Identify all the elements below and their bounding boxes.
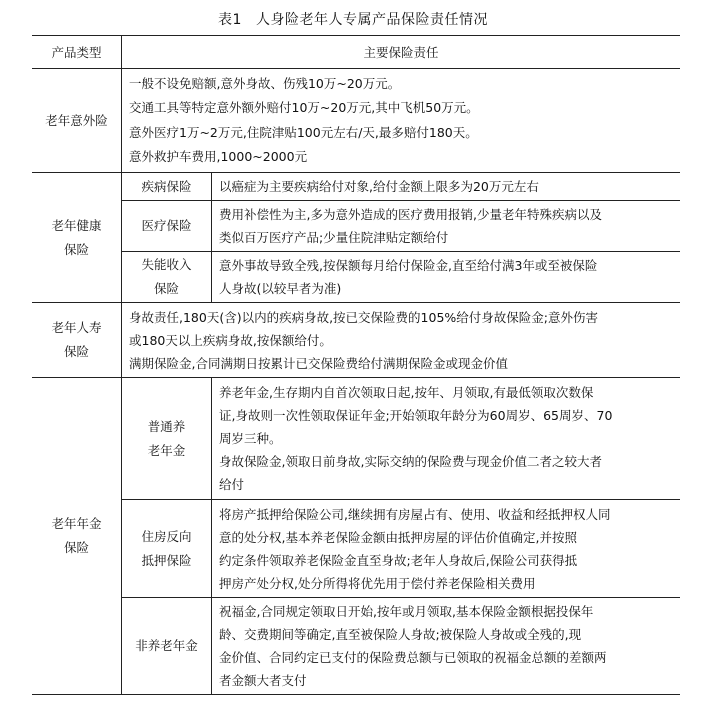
subcategory-cell: 住房反向 抵押保险: [122, 500, 212, 598]
description-cell: 意外事故导致全残,按保额每月给付保险金,直至给付满3年或至被保险 人身故(以较早…: [212, 252, 681, 303]
description-line: 费用补偿性为主,多为意外造成的医疗费用报销,少量老年特殊疾病以及: [219, 203, 674, 226]
description-line: 以癌症为主要疾病给付对象,给付金额上限多为20万元左右: [219, 175, 674, 198]
description-line: 养老年金,生存期内自首次领取日起,按年、月领取,有最低领取次数保: [219, 381, 674, 404]
table-subrow: 非养老年金 祝福金,合同规定领取日开始,按年或月领取,基本保险金额根据投保年 龄…: [32, 598, 680, 695]
description-line: 身故责任,180天(含)以内的疾病身故,按已交保险费的105%给付身故保险金;意…: [129, 306, 674, 329]
category-cell: 老年健康 保险: [32, 173, 122, 303]
subcategory-label: 非养老年金: [122, 634, 211, 658]
description-line: 意外事故导致全残,按保额每月给付保险金,直至给付满3年或至被保险: [219, 254, 674, 277]
category-cell: 老年人寿 保险: [32, 303, 122, 378]
table-subrow: 住房反向 抵押保险 将房产抵押给保险公司,继续拥有房屋占有、使用、收益和经抵押权…: [32, 500, 680, 598]
description-cell: 以癌症为主要疾病给付对象,给付金额上限多为20万元左右: [212, 173, 681, 201]
description-cell: 身故责任,180天(含)以内的疾病身故,按已交保险费的105%给付身故保险金;意…: [122, 303, 681, 378]
subcategory-label: 失能收入: [122, 253, 211, 277]
description-cell: 祝福金,合同规定领取日开始,按年或月领取,基本保险金额根据投保年 龄、交费期间等…: [212, 598, 681, 695]
table-row: 老年健康 保险 疾病保险 以癌症为主要疾病给付对象,给付金额上限多为20万元左右: [32, 173, 680, 201]
description-cell: 费用补偿性为主,多为意外造成的医疗费用报销,少量老年特殊疾病以及 类似百万医疗产…: [212, 201, 681, 252]
category-label: 老年健康: [32, 214, 121, 238]
category-label: 保险: [32, 536, 121, 560]
subcategory-cell: 失能收入 保险: [122, 252, 212, 303]
description-line: 一般不设免赔额,意外身故、伤残10万~20万元。: [129, 72, 674, 97]
category-label: 保险: [32, 340, 121, 364]
description-line: 意外医疗1万~2万元,住院津贴100元左右/天,最多赔付180天。: [129, 121, 674, 146]
description-line: 意外救护车费用,1000~2000元: [129, 145, 674, 170]
table-row: 老年意外险 一般不设免赔额,意外身故、伤残10万~20万元。 交通工具等特定意外…: [32, 69, 680, 173]
description-line: 周岁三种。: [219, 427, 674, 450]
description-line: 身故保险金,领取日前身故,实际交纳的保险费与现金价值二者之较大者: [219, 450, 674, 473]
table-title: 表1人身险老年人专属产品保险责任情况: [0, 9, 706, 29]
category-cell: 老年意外险: [32, 69, 122, 173]
description-cell: 一般不设免赔额,意外身故、伤残10万~20万元。 交通工具等特定意外额外赔付10…: [122, 69, 681, 173]
category-label: 老年年金: [32, 512, 121, 536]
subcategory-label: 普通养: [122, 415, 211, 439]
description-line: 意的处分权,基本养老保险金额由抵押房屋的评估价值确定,并按照: [219, 526, 674, 549]
description-line: 人身故(以较早者为准): [219, 277, 674, 300]
subcategory-cell: 非养老年金: [122, 598, 212, 695]
description-line: 满期保险金,合同满期日按累计已交保险费给付满期保险金或现金价值: [129, 352, 674, 375]
description-line: 押房产处分权,处分所得将优先用于偿付养老保险相关费用: [219, 572, 674, 595]
table-subrow: 失能收入 保险 意外事故导致全残,按保额每月给付保险金,直至给付满3年或至被保险…: [32, 252, 680, 303]
header-main-responsibility: 主要保险责任: [122, 36, 681, 69]
subcategory-label: 保险: [122, 277, 211, 301]
subcategory-label: 医疗保险: [122, 214, 211, 238]
subcategory-label: 疾病保险: [122, 175, 211, 199]
category-label: 老年意外险: [32, 109, 121, 133]
header-product-type: 产品类型: [32, 36, 122, 69]
table-row: 老年年金 保险 普通养 老年金 养老年金,生存期内自首次领取日起,按年、月领取,…: [32, 378, 680, 500]
description-line: 证,身故则一次性领取保证年金;开始领取年龄分为60周岁、65周岁、70: [219, 404, 674, 427]
category-cell: 老年年金 保险: [32, 378, 122, 695]
insurance-responsibility-table: 产品类型 主要保险责任 老年意外险 一般不设免赔额,意外身故、伤残10万~20万…: [32, 35, 680, 695]
table-number: 表1: [218, 12, 242, 28]
table-title-text: 人身险老年人专属产品保险责任情况: [256, 12, 488, 28]
description-line: 或180天以上疾病身故,按保额给付。: [129, 329, 674, 352]
subcategory-label: 住房反向: [122, 525, 211, 549]
description-line: 祝福金,合同规定领取日开始,按年或月领取,基本保险金额根据投保年: [219, 600, 674, 623]
subcategory-label: 抵押保险: [122, 549, 211, 573]
category-label: 保险: [32, 238, 121, 262]
subcategory-cell: 普通养 老年金: [122, 378, 212, 500]
description-line: 约定条件领取养老保险金直至身故;老年人身故后,保险公司获得抵: [219, 549, 674, 572]
table-subrow: 医疗保险 费用补偿性为主,多为意外造成的医疗费用报销,少量老年特殊疾病以及 类似…: [32, 201, 680, 252]
description-line: 交通工具等特定意外额外赔付10万~20万元,其中飞机50万元。: [129, 96, 674, 121]
description-cell: 将房产抵押给保险公司,继续拥有房屋占有、使用、收益和经抵押权人同 意的处分权,基…: [212, 500, 681, 598]
category-label: 老年人寿: [32, 316, 121, 340]
description-line: 给付: [219, 473, 674, 496]
description-line: 龄、交费期间等确定,直至被保险人身故;被保险人身故或全残的,现: [219, 623, 674, 646]
description-line: 类似百万医疗产品;少量住院津贴定额给付: [219, 226, 674, 249]
description-line: 者金额大者支付: [219, 669, 674, 692]
table-row: 老年人寿 保险 身故责任,180天(含)以内的疾病身故,按已交保险费的105%给…: [32, 303, 680, 378]
description-line: 金价值、合同约定已支付的保险费总额与已领取的祝福金总额的差额两: [219, 646, 674, 669]
subcategory-cell: 疾病保险: [122, 173, 212, 201]
subcategory-label: 老年金: [122, 439, 211, 463]
table-header-row: 产品类型 主要保险责任: [32, 36, 680, 69]
description-line: 将房产抵押给保险公司,继续拥有房屋占有、使用、收益和经抵押权人同: [219, 503, 674, 526]
subcategory-cell: 医疗保险: [122, 201, 212, 252]
description-cell: 养老年金,生存期内自首次领取日起,按年、月领取,有最低领取次数保 证,身故则一次…: [212, 378, 681, 500]
